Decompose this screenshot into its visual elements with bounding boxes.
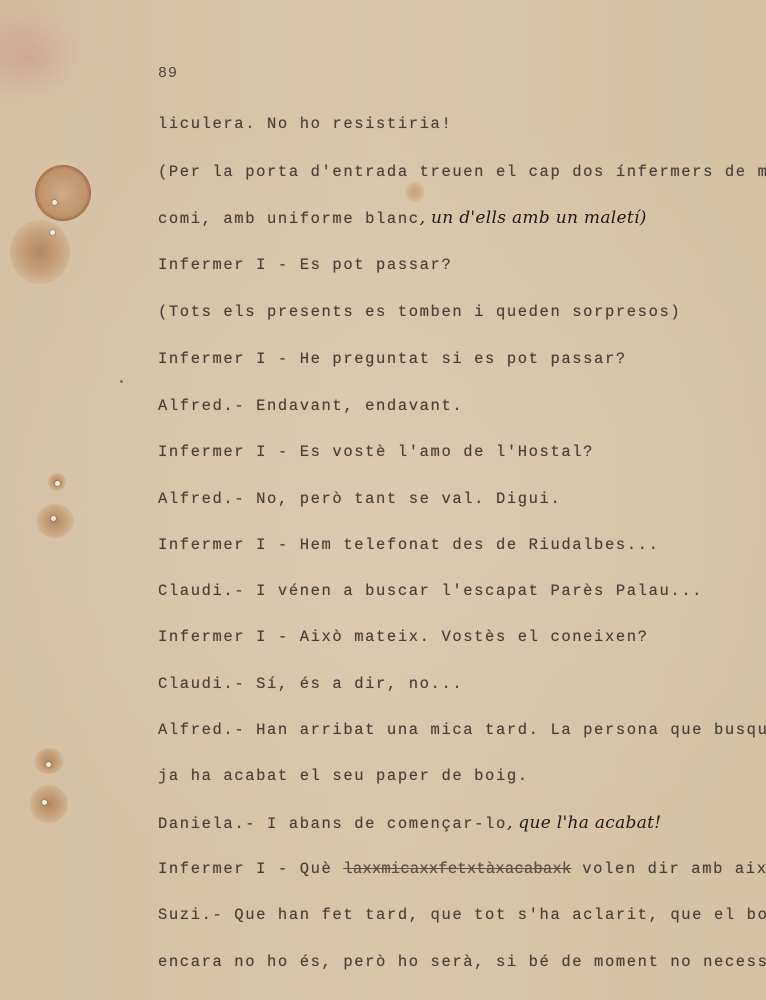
dialogue-line: Infermer I - Això mateix. Vostès el cone…: [158, 627, 649, 647]
dialogue-line: Infermer I - Es pot passar?: [158, 255, 452, 275]
line-text: Claudi.- Sí, és a dir, no...: [158, 675, 463, 693]
struck-out-text: laxxmicaxxfetxtàxacabaxk: [343, 860, 571, 878]
burn-stain-2: [10, 220, 70, 284]
line-text: encara no ho és, però ho serà, si bé de …: [158, 953, 766, 971]
line-text: (Tots els presents es tomben i queden so…: [158, 303, 681, 321]
dialogue-line: Infermer I - Es vostè l'amo de l'Hostal?: [158, 442, 594, 462]
line-text: Infermer I - Hem telefonat des de Riudal…: [158, 536, 659, 554]
handwritten-annotation: , que l'ha acabat!: [507, 813, 662, 833]
burn-stain-4: [36, 504, 74, 538]
line-text: Claudi.- I vénen a buscar l'escapat Parè…: [158, 582, 703, 600]
dialogue-line: Infermer I - He preguntat si es pot pass…: [158, 349, 627, 369]
pin-hole-5: [46, 762, 51, 767]
dialogue-line: Alfred.- No, però tant se val. Digui.: [158, 489, 561, 509]
pin-hole-2: [50, 230, 55, 235]
dialogue-line: Alfred.- Endavant, endavant.: [158, 396, 463, 416]
dialogue-line: Daniela.- I abans de començar-lo, que l'…: [158, 813, 661, 834]
line-text: ja ha acabat el seu paper de boig.: [158, 767, 529, 785]
small-stain-mid: [405, 182, 425, 202]
line-text: Infermer I - Es pot passar?: [158, 256, 452, 274]
burn-stain-5: [34, 748, 64, 774]
line-text: volen dir amb això?: [571, 860, 766, 878]
stage-direction: (Per la porta d'entrada treuen el cap do…: [158, 162, 766, 182]
line-text: Infermer I - Què: [158, 860, 343, 878]
pin-hole-3: [55, 481, 60, 486]
handwritten-annotation: , un d'ells amb un maletí): [420, 208, 647, 228]
dialogue-line: Claudi.- I vénen a buscar l'escapat Parè…: [158, 581, 703, 601]
pin-hole-6: [42, 800, 47, 805]
dialogue-line: Claudi.- Sí, és a dir, no...: [158, 674, 463, 694]
line-text: Infermer I - Es vostè l'amo de l'Hostal?: [158, 443, 594, 461]
line-text: comi, amb uniforme blanc: [158, 210, 420, 228]
burn-stain-1: [35, 165, 91, 221]
line-text: Alfred.- Endavant, endavant.: [158, 397, 463, 415]
pink-stain-top-left: [0, 10, 80, 100]
line-text: Infermer I - Això mateix. Vostès el cone…: [158, 628, 649, 646]
line-text: (Per la porta d'entrada treuen el cap do…: [158, 163, 766, 181]
line-text: Suzi.- Que han fet tard, que tot s'ha ac…: [158, 906, 766, 924]
line-text: Infermer I - He preguntat si es pot pass…: [158, 350, 627, 368]
line-text: Daniela.- I abans de començar-lo: [158, 815, 507, 833]
ink-speck: [120, 380, 123, 383]
line-text: Alfred.- Han arribat una mica tard. La p…: [158, 721, 766, 739]
dialogue-line: Infermer I - Què laxxmicaxxfetxtàxacabax…: [158, 859, 766, 879]
dialogue-line: Suzi.- Que han fet tard, que tot s'ha ac…: [158, 905, 766, 925]
pin-hole-4: [51, 516, 56, 521]
dialogue-line: Infermer I - Hem telefonat des de Riudal…: [158, 535, 659, 555]
dialogue-line: Alfred.- Han arribat una mica tard. La p…: [158, 720, 766, 740]
burn-stain-6: [30, 785, 68, 823]
line-text: Alfred.- No, però tant se val. Digui.: [158, 490, 561, 508]
typewritten-page: 89 liculera. No ho resistiria! (Per la p…: [0, 0, 766, 1000]
line-text: liculera. No ho resistiria!: [158, 115, 452, 133]
dialogue-line: ja ha acabat el seu paper de boig.: [158, 766, 529, 786]
pin-hole-1: [52, 200, 57, 205]
stage-direction: (Tots els presents es tomben i queden so…: [158, 302, 681, 322]
stage-direction: comi, amb uniforme blanc, un d'ells amb …: [158, 208, 647, 229]
text-line: liculera. No ho resistiria!: [158, 114, 452, 134]
dialogue-line: encara no ho és, però ho serà, si bé de …: [158, 952, 766, 972]
page-number: 89: [158, 65, 178, 82]
